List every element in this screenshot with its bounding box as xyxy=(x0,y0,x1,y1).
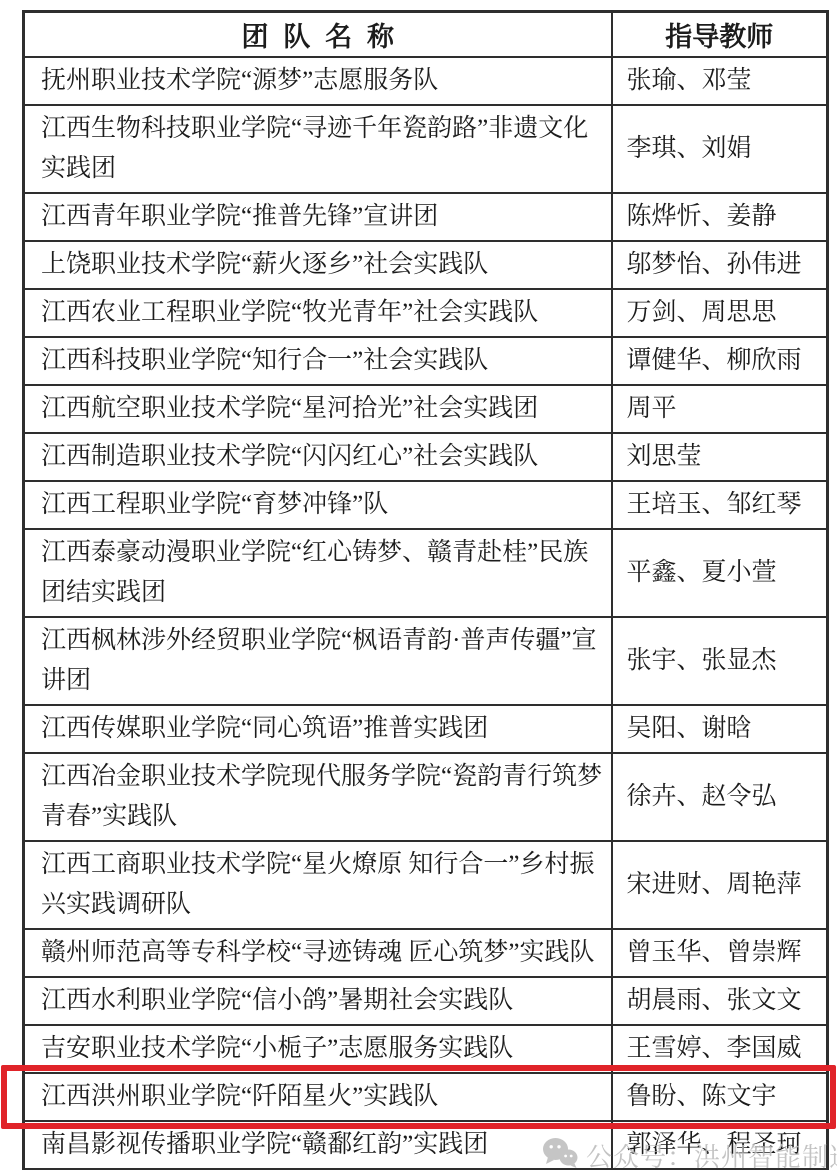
table-row: 江西冶金职业技术学院现代服务学院“瓷韵青行筑梦青春”实践队徐卉、赵令弘 xyxy=(24,753,828,841)
table-row: 南昌影视传播职业学院“赣鄱红韵”实践团郭泽华、程圣珂 xyxy=(24,1121,828,1170)
team-name-cell: 抚州职业技术学院“源梦”志愿服务队 xyxy=(24,57,612,105)
teachers-header: 指导教师 xyxy=(612,12,828,58)
team-name-cell: 上饶职业技术学院“薪火逐乡”社会实践队 xyxy=(24,241,612,289)
table-row: 江西航空职业技术学院“星河拾光”社会实践团周平 xyxy=(24,385,828,433)
teachers-cell: 鲁盼、陈文宇 xyxy=(612,1073,828,1121)
teachers-cell: 平鑫、夏小萱 xyxy=(612,529,828,617)
team-name-cell: 江西冶金职业技术学院现代服务学院“瓷韵青行筑梦青春”实践队 xyxy=(24,753,612,841)
table-row: 江西工程职业学院“育梦冲锋”队王培玉、邹红琴 xyxy=(24,481,828,529)
table-row: 江西科技职业学院“知行合一”社会实践队谭健华、柳欣雨 xyxy=(24,337,828,385)
teachers-cell: 王雪婷、李国威 xyxy=(612,1025,828,1073)
team-name-cell: 江西水利职业学院“信小鸽”暑期社会实践队 xyxy=(24,977,612,1025)
team-name-cell: 江西洪州职业学院“阡陌星火”实践队 xyxy=(24,1073,612,1121)
teachers-cell: 吴阳、谢晗 xyxy=(612,705,828,753)
table-row: 江西青年职业学院“推普先锋”宣讲团陈烨忻、姜静 xyxy=(24,193,828,241)
team-name-cell: 赣州师范高等专科学校“寻迹铸魂 匠心筑梦”实践队 xyxy=(24,929,612,977)
team-name-cell: 江西生物科技职业学院“寻迹千年瓷韵路”非遗文化实践团 xyxy=(24,105,612,193)
teachers-cell: 谭健华、柳欣雨 xyxy=(612,337,828,385)
team-name-cell: 江西农业工程职业学院“牧光青年”社会实践队 xyxy=(24,289,612,337)
table-body: 抚州职业技术学院“源梦”志愿服务队张瑜、邓莹江西生物科技职业学院“寻迹千年瓷韵路… xyxy=(24,57,828,1170)
table-header: 团队名称 指导教师 xyxy=(24,12,828,58)
table-row: 江西洪州职业学院“阡陌星火”实践队鲁盼、陈文宇 xyxy=(24,1073,828,1121)
table-row: 江西枫林涉外经贸职业学院“枫语青韵·普声传疆”宣讲团张宇、张显杰 xyxy=(24,617,828,705)
team-name-cell: 江西枫林涉外经贸职业学院“枫语青韵·普声传疆”宣讲团 xyxy=(24,617,612,705)
team-name-cell: 南昌影视传播职业学院“赣鄱红韵”实践团 xyxy=(24,1121,612,1170)
team-name-cell: 江西制造职业技术学院“闪闪红心”社会实践队 xyxy=(24,433,612,481)
header-row: 团队名称 指导教师 xyxy=(24,12,828,58)
table-row: 抚州职业技术学院“源梦”志愿服务队张瑜、邓莹 xyxy=(24,57,828,105)
table-row: 江西水利职业学院“信小鸽”暑期社会实践队胡晨雨、张文文 xyxy=(24,977,828,1025)
team-name-cell: 吉安职业技术学院“小栀子”志愿服务实践队 xyxy=(24,1025,612,1073)
table-row: 江西工商职业技术学院“星火燎原 知行合一”乡村振兴实践调研队宋进财、周艳萍 xyxy=(24,841,828,929)
teachers-cell: 李琪、刘娟 xyxy=(612,105,828,193)
table-row: 赣州师范高等专科学校“寻迹铸魂 匠心筑梦”实践队曾玉华、曾崇辉 xyxy=(24,929,828,977)
table-row: 吉安职业技术学院“小栀子”志愿服务实践队王雪婷、李国威 xyxy=(24,1025,828,1073)
team-name-cell: 江西青年职业学院“推普先锋”宣讲团 xyxy=(24,193,612,241)
team-name-cell: 江西航空职业技术学院“星河拾光”社会实践团 xyxy=(24,385,612,433)
teachers-cell: 陈烨忻、姜静 xyxy=(612,193,828,241)
table-row: 江西泰豪动漫职业学院“红心铸梦、赣青赴桂”民族团结实践团平鑫、夏小萱 xyxy=(24,529,828,617)
teachers-cell: 万剑、周思思 xyxy=(612,289,828,337)
teachers-cell: 张宇、张显杰 xyxy=(612,617,828,705)
table-row: 江西制造职业技术学院“闪闪红心”社会实践队刘思莹 xyxy=(24,433,828,481)
award-table: 团队名称 指导教师 抚州职业技术学院“源梦”志愿服务队张瑜、邓莹江西生物科技职业… xyxy=(22,10,829,1170)
table-row: 江西传媒职业学院“同心筑语”推普实践团吴阳、谢晗 xyxy=(24,705,828,753)
teachers-cell: 周平 xyxy=(612,385,828,433)
teachers-cell: 刘思莹 xyxy=(612,433,828,481)
teachers-cell: 王培玉、邹红琴 xyxy=(612,481,828,529)
team-name-cell: 江西工商职业技术学院“星火燎原 知行合一”乡村振兴实践调研队 xyxy=(24,841,612,929)
teachers-cell: 胡晨雨、张文文 xyxy=(612,977,828,1025)
team-name-header: 团队名称 xyxy=(24,12,612,58)
table-row: 江西生物科技职业学院“寻迹千年瓷韵路”非遗文化实践团李琪、刘娟 xyxy=(24,105,828,193)
teachers-cell: 曾玉华、曾崇辉 xyxy=(612,929,828,977)
teachers-cell: 张瑜、邓莹 xyxy=(612,57,828,105)
team-name-cell: 江西工程职业学院“育梦冲锋”队 xyxy=(24,481,612,529)
team-name-cell: 江西科技职业学院“知行合一”社会实践队 xyxy=(24,337,612,385)
teachers-cell: 宋进财、周艳萍 xyxy=(612,841,828,929)
table-row: 江西农业工程职业学院“牧光青年”社会实践队万剑、周思思 xyxy=(24,289,828,337)
teachers-cell: 邬梦怡、孙伟进 xyxy=(612,241,828,289)
award-table-wrap: 团队名称 指导教师 抚州职业技术学院“源梦”志愿服务队张瑜、邓莹江西生物科技职业… xyxy=(22,10,826,1170)
table-row: 上饶职业技术学院“薪火逐乡”社会实践队邬梦怡、孙伟进 xyxy=(24,241,828,289)
teachers-cell: 徐卉、赵令弘 xyxy=(612,753,828,841)
team-name-cell: 江西传媒职业学院“同心筑语”推普实践团 xyxy=(24,705,612,753)
team-name-cell: 江西泰豪动漫职业学院“红心铸梦、赣青赴桂”民族团结实践团 xyxy=(24,529,612,617)
teachers-cell: 郭泽华、程圣珂 xyxy=(612,1121,828,1170)
